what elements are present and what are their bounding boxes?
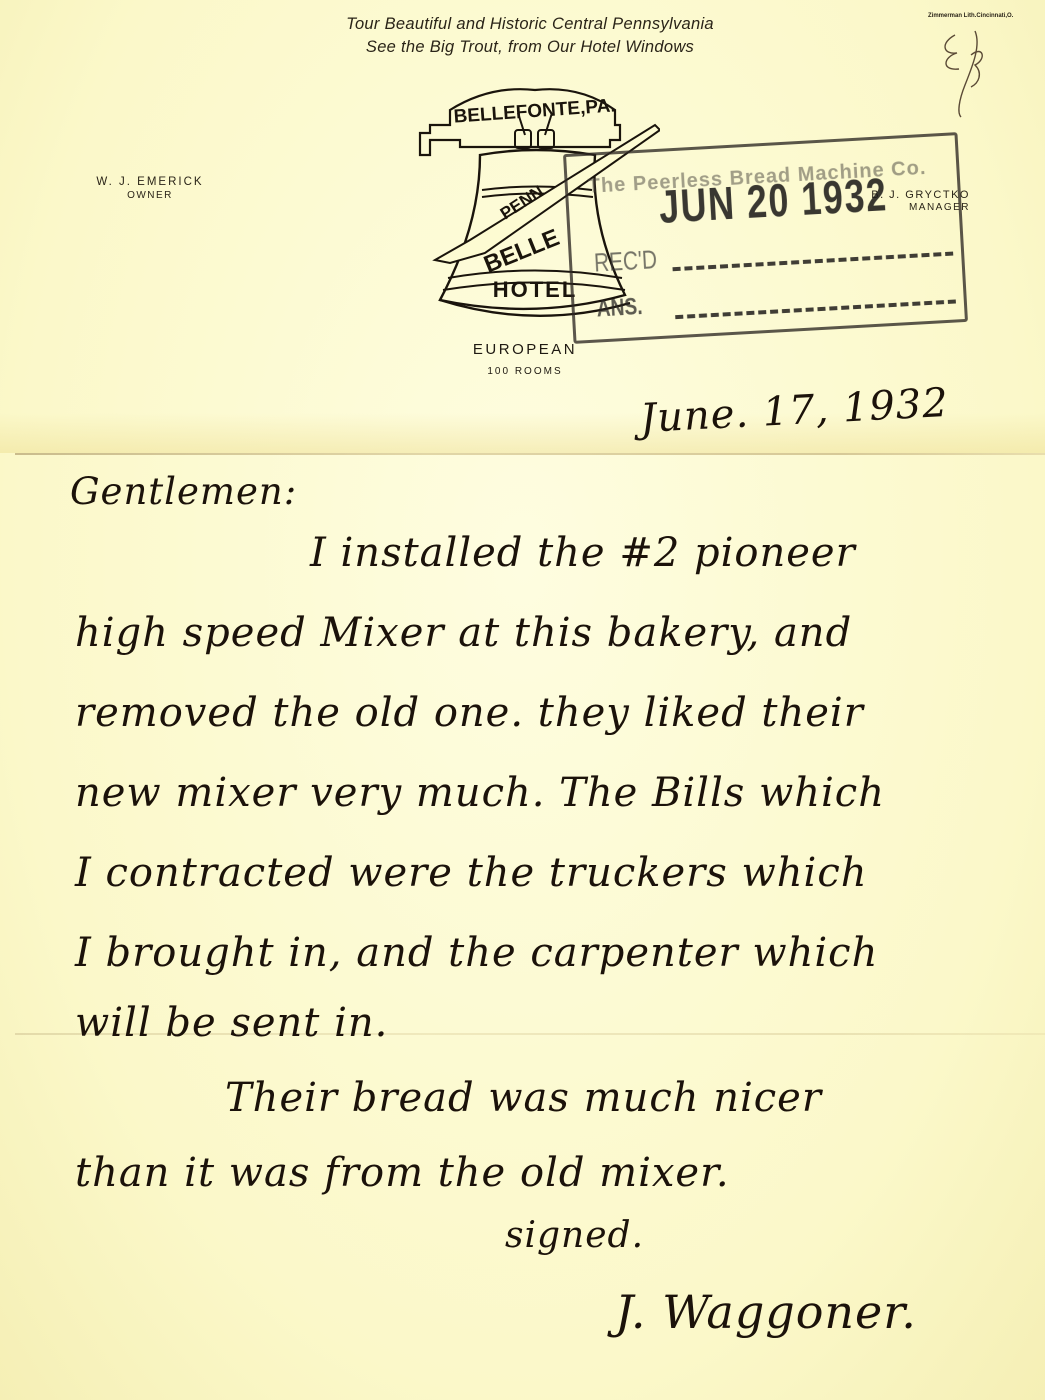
- body-line: than it was from the old mixer.: [75, 1150, 730, 1196]
- stamp-ans-label: ANS.: [596, 293, 643, 324]
- letterhead-tagline-1: Tour Beautiful and Historic Central Penn…: [290, 15, 770, 34]
- received-stamp: The Peerless Bread Machine Co. JUN 20 19…: [563, 132, 968, 344]
- stamp-recd-line: [672, 252, 953, 272]
- letter-salutation: Gentlemen:: [70, 470, 297, 513]
- body-line: I installed the #2 pioneer: [310, 530, 856, 576]
- owner-name: W. J. EMERICK: [60, 176, 240, 188]
- owner-block: W. J. EMERICK OWNER: [60, 176, 240, 201]
- letterhead-tagline-2: See the Big Trout, from Our Hotel Window…: [290, 38, 770, 57]
- body-line: removed the old one. they liked their: [75, 690, 864, 736]
- body-line: Their bread was much nicer: [225, 1075, 822, 1121]
- body-line: new mixer very much. The Bills which: [75, 770, 885, 816]
- stamp-ans-line: [675, 299, 956, 319]
- logo-caption-european: EUROPEAN: [420, 341, 630, 358]
- fold-line-upper: [15, 453, 1045, 455]
- body-line: high speed Mixer at this bakery, and: [75, 610, 852, 656]
- handwritten-initials-icon: [935, 25, 995, 120]
- body-line: will be sent in.: [75, 1000, 388, 1046]
- letter-closing: signed.: [505, 1215, 644, 1256]
- stamp-recd-label: REC'D: [593, 244, 658, 278]
- logo-location: BELLEFONTE,PA.: [453, 95, 616, 127]
- logo-caption-rooms: 100 ROOMS: [420, 366, 630, 377]
- stamp-date: JUN 20 1932: [658, 167, 889, 234]
- owner-title: OWNER: [60, 190, 240, 201]
- letter-signature: J. Waggoner.: [615, 1285, 917, 1339]
- body-line: I contracted were the truckers which: [75, 850, 868, 896]
- printer-credit: Zimmerman Lith.Cincinnati,O.: [928, 13, 1013, 19]
- logo-band-text: HOTEL: [493, 277, 578, 302]
- body-line: I brought in, and the carpenter which: [75, 930, 878, 976]
